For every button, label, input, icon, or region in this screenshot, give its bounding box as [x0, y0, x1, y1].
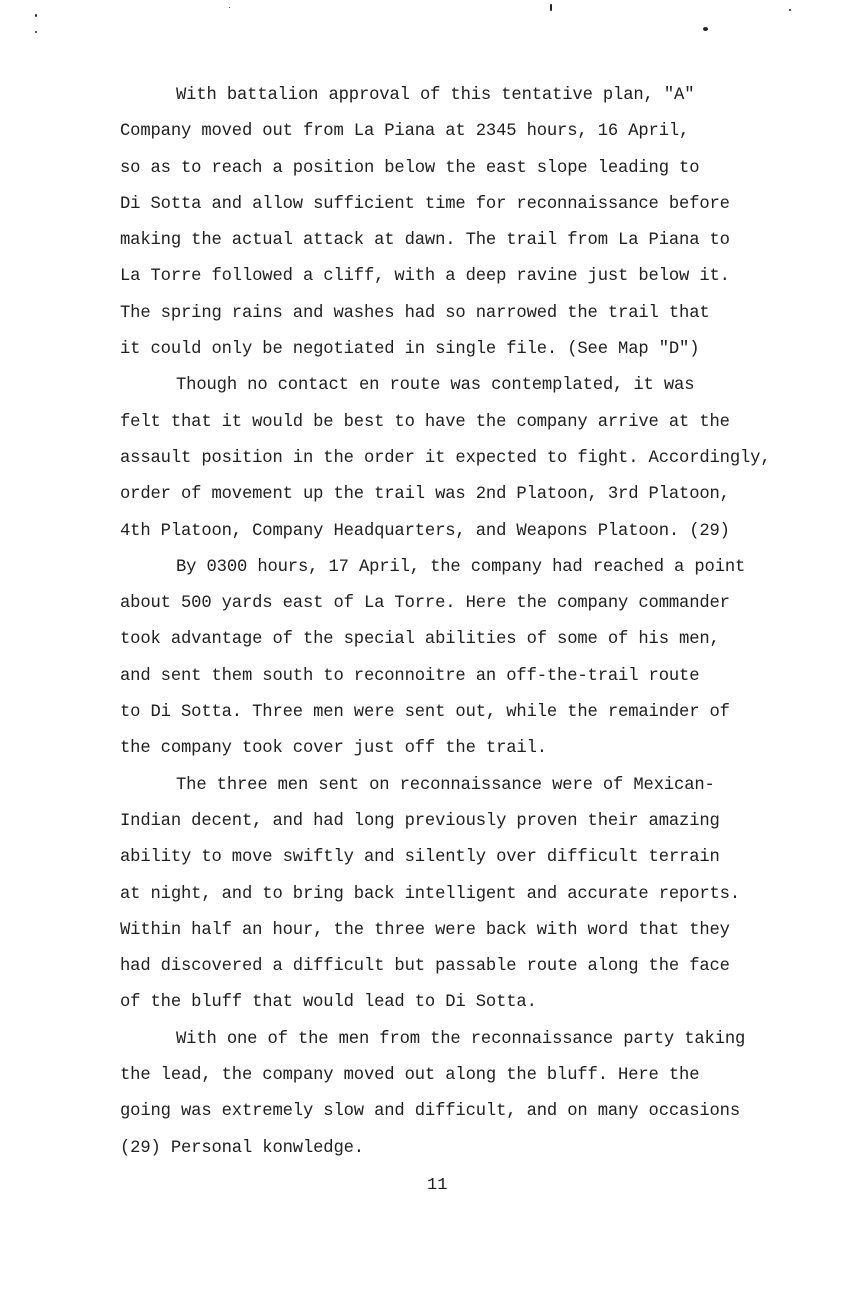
paragraph-line: order of movement up the trail was 2nd P…	[120, 477, 820, 513]
paragraph-line: took advantage of the special abilities …	[120, 622, 820, 658]
paragraph-line: to Di Sotta. Three men were sent out, wh…	[120, 695, 820, 731]
paragraph-line: Company moved out from La Piana at 2345 …	[120, 114, 820, 150]
paragraph-line: going was extremely slow and difficult, …	[120, 1094, 820, 1130]
paragraph-line: La Torre followed a cliff, with a deep r…	[120, 259, 820, 295]
scan-artifact	[550, 4, 552, 11]
paragraph-line: Within half an hour, the three were back…	[120, 913, 820, 949]
paragraph-line: of the bluff that would lead to Di Sotta…	[120, 985, 820, 1021]
paragraph-line: the lead, the company moved out along th…	[120, 1058, 820, 1094]
paragraph-line: the company took cover just off the trai…	[120, 731, 820, 767]
scan-artifact	[35, 31, 37, 33]
document-body: With battalion approval of this tentativ…	[120, 78, 820, 1167]
scan-artifact	[35, 14, 37, 17]
paragraph-line: and sent them south to reconnoitre an of…	[120, 659, 820, 695]
paragraph-first-line: Though no contact en route was contempla…	[120, 368, 820, 404]
paragraph-first-line: With battalion approval of this tentativ…	[120, 78, 820, 114]
paragraph-first-line: By 0300 hours, 17 April, the company had…	[120, 550, 820, 586]
scan-artifact	[789, 9, 791, 11]
document-page: With battalion approval of this tentativ…	[0, 0, 850, 1315]
footnote: (29) Personal konwledge.	[120, 1131, 820, 1167]
scan-artifact	[703, 27, 708, 31]
paragraph-line: had discovered a difficult but passable …	[120, 949, 820, 985]
paragraph-first-line: With one of the men from the reconnaissa…	[120, 1022, 820, 1058]
paragraph-line: so as to reach a position below the east…	[120, 151, 820, 187]
paragraph-line: Indian decent, and had long previously p…	[120, 804, 820, 840]
paragraph-line: at night, and to bring back intelligent …	[120, 877, 820, 913]
page-number: 11	[427, 1176, 447, 1195]
paragraph-line: The spring rains and washes had so narro…	[120, 296, 820, 332]
paragraph-line: it could only be negotiated in single fi…	[120, 332, 820, 368]
paragraph-line: about 500 yards east of La Torre. Here t…	[120, 586, 820, 622]
paragraph-line: 4th Platoon, Company Headquarters, and W…	[120, 514, 820, 550]
paragraph-line: ability to move swiftly and silently ove…	[120, 840, 820, 876]
paragraph-line: Di Sotta and allow sufficient time for r…	[120, 187, 820, 223]
paragraph-line: assault position in the order it expecte…	[120, 441, 820, 477]
paragraph-first-line: The three men sent on reconnaissance wer…	[120, 768, 820, 804]
paragraph-line: making the actual attack at dawn. The tr…	[120, 223, 820, 259]
scan-artifact	[229, 7, 230, 8]
paragraph-line: felt that it would be best to have the c…	[120, 405, 820, 441]
